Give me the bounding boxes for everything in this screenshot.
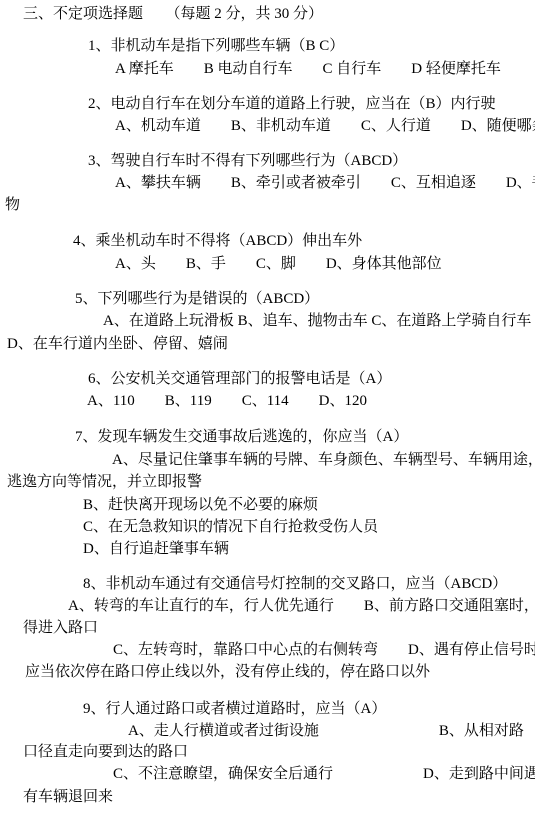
q7-option-d: D、自行追赶肇事车辆 <box>83 541 229 557</box>
q7-option-c: C、在无急救知识的情况下自行抢救受伤人员 <box>83 519 378 535</box>
q6-options: A、110 B、119 C、114 D、120 <box>87 393 367 409</box>
q2-stem: 2、电动自行车在划分车道的道路上行驶，应当在（B）内行驶 <box>88 96 496 112</box>
section-title: 三、不定项选择题 （每题 2 分，共 30 分） <box>23 6 323 22</box>
q5-options-line2: D、在车行道内坐卧、停留、嬉闹 <box>7 336 228 352</box>
q4-options: A、头 B、手 C、脚 D、身体其他部位 <box>115 256 442 272</box>
q3-options-line1: A、攀扶车辆 B、牵引或者被牵引 C、互相追逐 D、手中持 <box>115 175 535 191</box>
q9-options-cd-line1: C、不注意瞭望，确保安全后通行 D、走到路中间遇 <box>113 766 535 782</box>
q5-stem: 5、下列哪些行为是错误的（ABCD） <box>75 291 319 307</box>
q9-options-ab-line2: 口径直走向要到达的路口 <box>23 744 188 760</box>
q3-stem: 3、驾驶自行车时不得有下列哪些行为（ABCD） <box>88 153 407 169</box>
q4-stem: 4、乘坐机动车时不得将（ABCD）伸出车外 <box>73 233 362 249</box>
q9-options-cd-line2: 有车辆退回来 <box>23 789 113 805</box>
q3-options-line2: 物 <box>5 197 20 213</box>
q2-options: A、机动车道 B、非机动车道 C、人行道 D、随便哪条车道 <box>115 118 535 134</box>
q8-options-ab-line2: 得进入路口 <box>23 620 98 636</box>
q5-options-line1: A、在道路上玩滑板 B、追车、抛物击车 C、在道路上学骑自行车 <box>103 313 531 329</box>
q9-stem: 9、行人通过路口或者横过道路时，应当（A） <box>83 701 386 717</box>
q1-options: A 摩托车 B 电动自行车 C 自行车 D 轻便摩托车 <box>115 61 501 77</box>
q7-stem: 7、发现车辆发生交通事故后逃逸的，你应当（A） <box>75 429 408 445</box>
q9-options-ab-line1: A、走人行横道或者过街设施 B、从相对路 <box>128 723 524 739</box>
q7-option-a-line1: A、尽量记住肇事车辆的号牌、车身颜色、车辆型号、车辆用途， <box>112 452 535 468</box>
q6-stem: 6、公安机关交通管理部门的报警电话是（A） <box>88 371 391 387</box>
q8-stem: 8、非机动车通过有交通信号灯控制的交叉路口，应当（ABCD） <box>83 576 507 592</box>
q7-option-a-line2: 逃逸方向等情况，并立即报警 <box>7 474 202 490</box>
q1-stem: 1、非机动车是指下列哪些车辆（B C） <box>88 38 344 54</box>
q8-options-cd-line1: C、左转弯时，靠路口中心点的右侧转弯 D、遇有停止信号时， <box>113 642 535 658</box>
q8-options-ab-line1: A、转弯的车让直行的车，行人优先通行 B、前方路口交通阻塞时，不 <box>68 598 535 614</box>
q7-option-b: B、赶快离开现场以免不必要的麻烦 <box>83 497 318 513</box>
q8-options-cd-line2: 应当依次停在路口停止线以外，没有停止线的，停在路口以外 <box>25 664 430 680</box>
exam-paper-page: 三、不定项选择题 （每题 2 分，共 30 分）1、非机动车是指下列哪些车辆（B… <box>0 0 535 814</box>
